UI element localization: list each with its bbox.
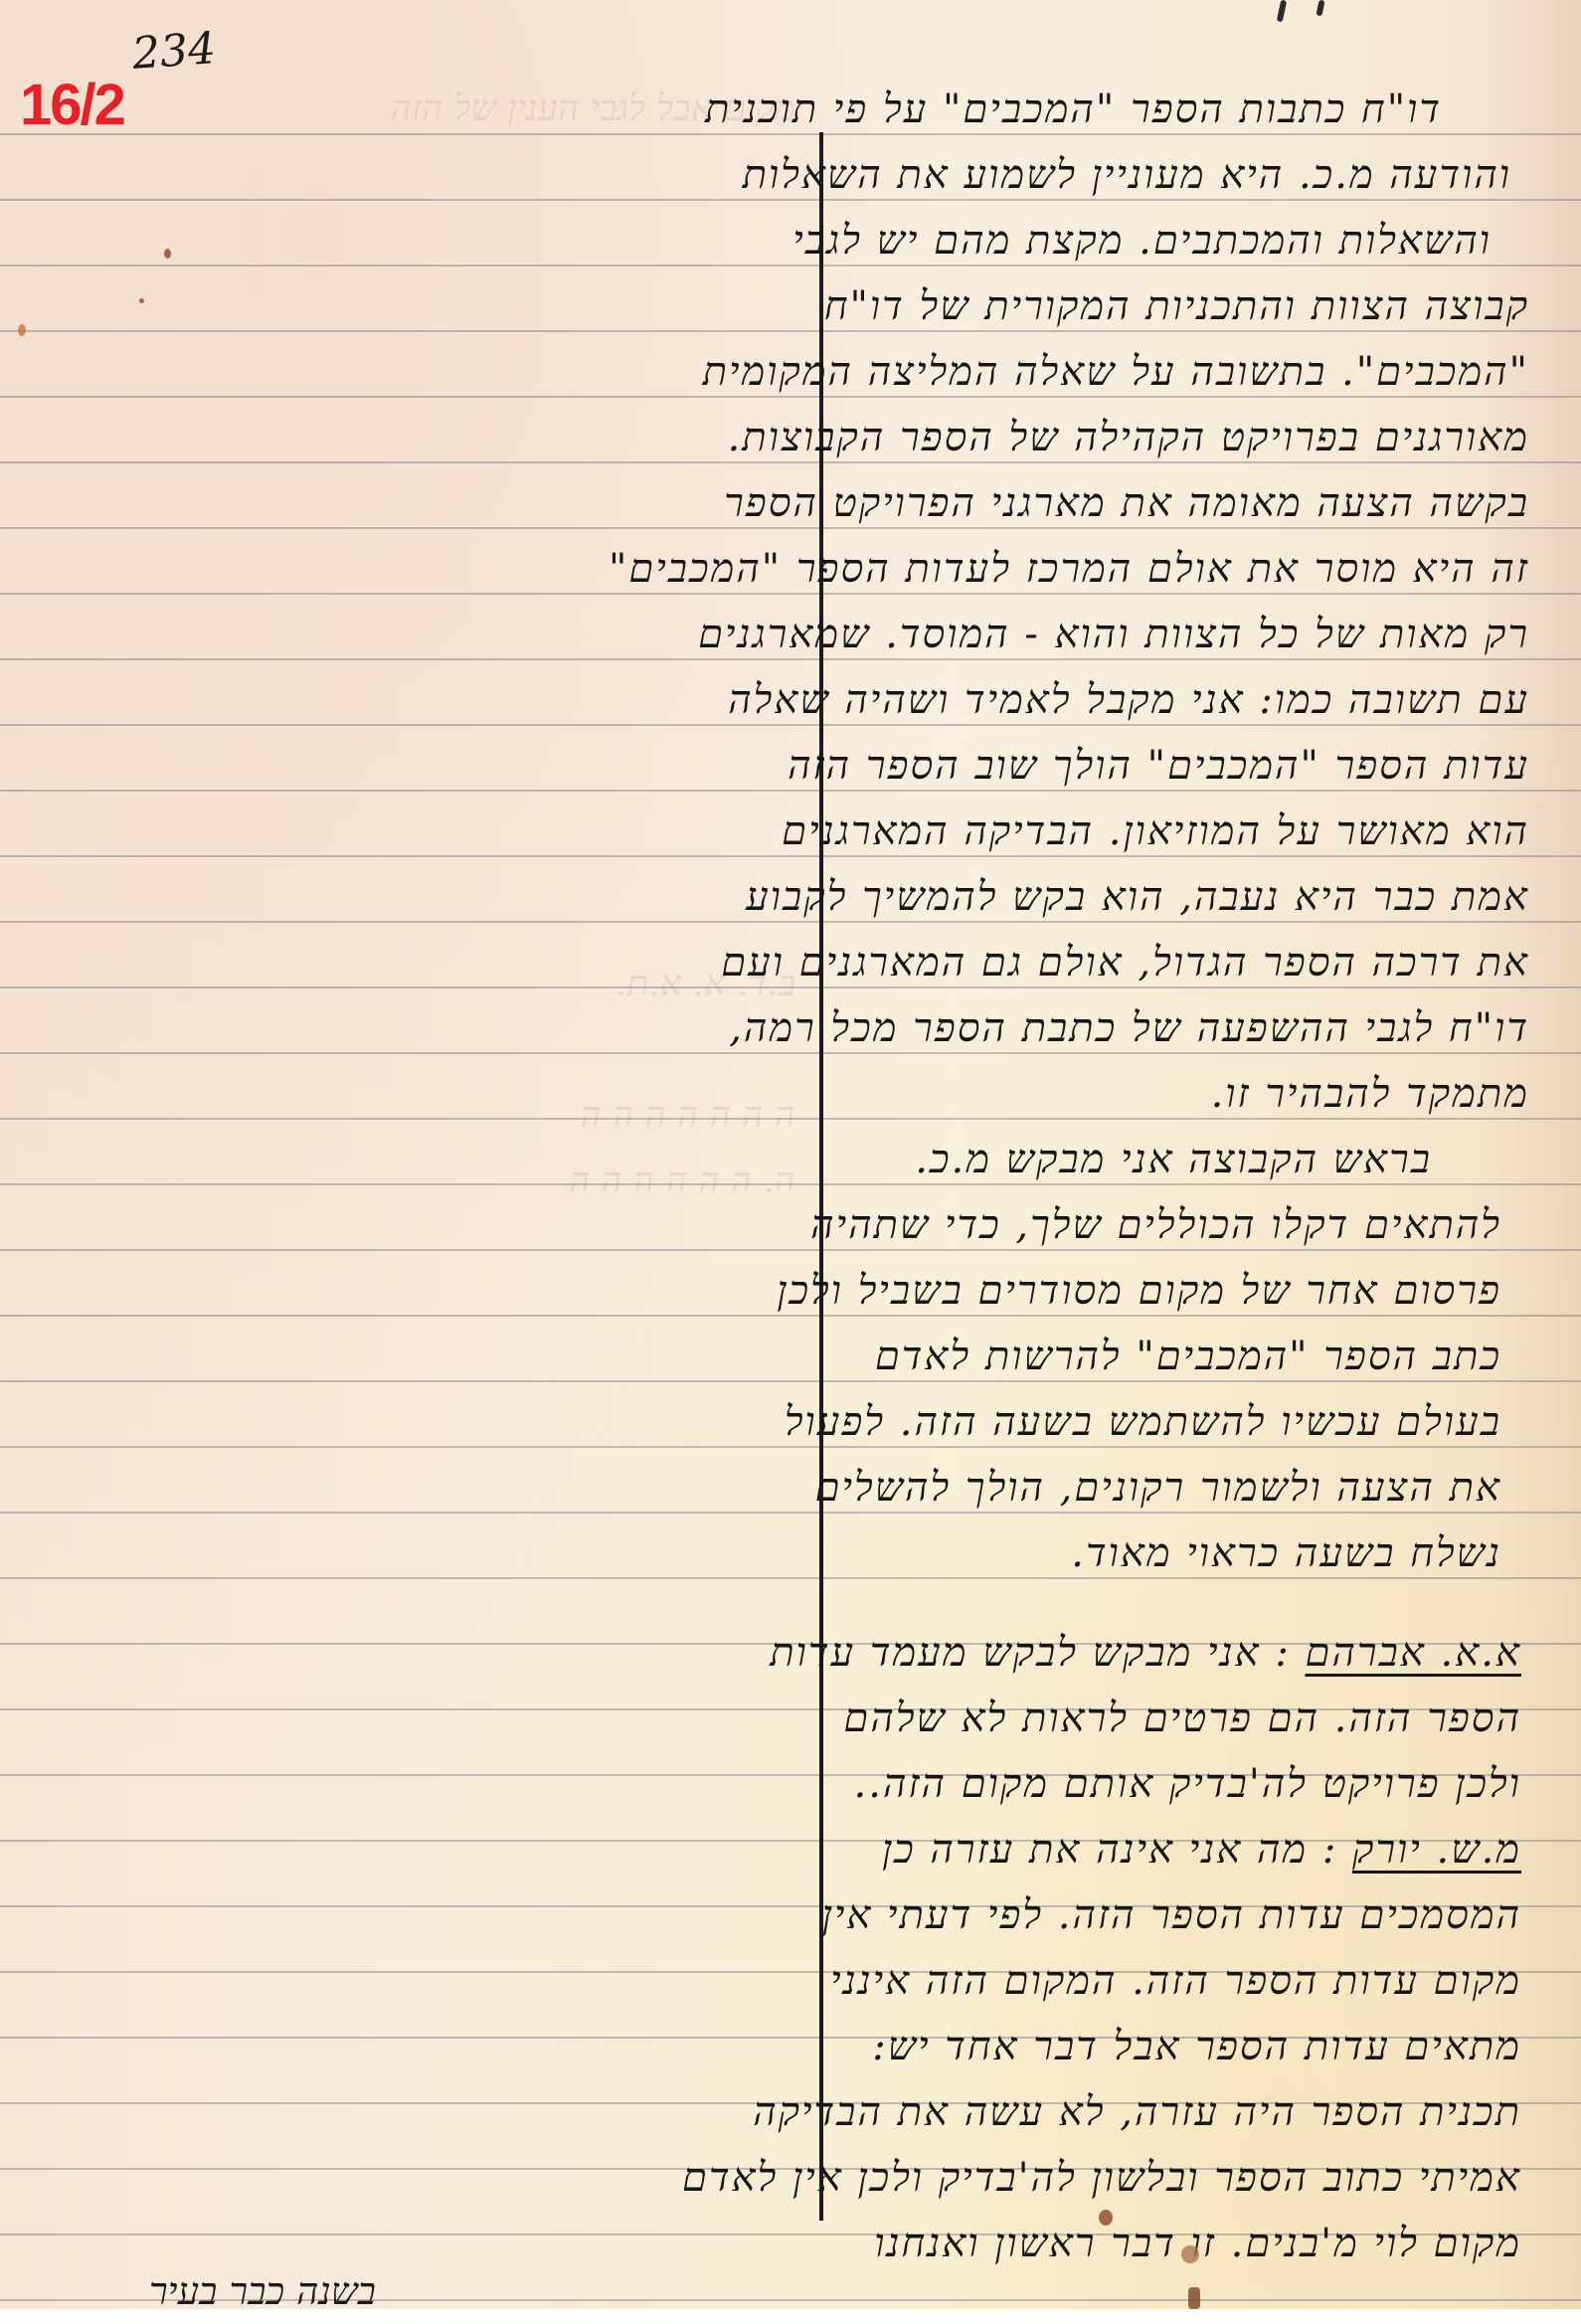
speaker-statement: : אני מבקש לבקש מעמד עדות: [770, 1630, 1291, 1676]
handwritten-line: עם תשובה כמו: אני מקבל לאמיד ושהיה שאלה: [728, 670, 1529, 730]
handwritten-line: תכנית הספר היה עזרה, לא עשה את הבדיקה: [753, 2082, 1521, 2142]
speaker-line: מ.ש. יורק : מה אני אינה את עזרה כן: [882, 1820, 1521, 1879]
ink-stain: [1188, 2287, 1200, 2309]
ink-stain: [139, 298, 144, 303]
handwritten-line: נשלח בשעה כראוי מאוד.: [1071, 1523, 1501, 1583]
ink-stain: [1181, 2245, 1199, 2263]
handwritten-line: הספר הזה. הם פרטים לראות לא שלהם: [843, 1689, 1521, 1748]
handwritten-line: דו"ח לגבי ההשפעה של כתבת הספר מכל רמה,: [729, 998, 1529, 1058]
handwritten-line: אמיתי כתוב הספר ובלשון לה'בדיק ולכן אין …: [682, 2148, 1521, 2208]
bleed-through-text: ה. ה ה ה ה ה ה: [20, 1160, 795, 1209]
handwritten-line: מאורגנים בפרויקט הקהילה של הספר הקבוצות.: [728, 408, 1529, 467]
ink-stain: [164, 249, 171, 259]
scanned-page: 16/2 234 מקום אבל לגבי הענין של הזה ב.ד.…: [0, 0, 1581, 2309]
page-number: 234: [130, 23, 217, 80]
footer-note: בשנה כבר בעיר: [149, 2269, 376, 2309]
handwritten-line: דו"ח כתבות הספר "המכבים" על פי תוכנית: [705, 80, 1442, 139]
handwritten-line: כתב הספר "המכבים" להרשות לאדם: [875, 1327, 1501, 1386]
speaker-statement: : מה אני אינה את עזרה כן: [882, 1827, 1337, 1873]
bleed-through-text: מקום אבל לגבי הענין של הזה: [20, 88, 795, 137]
speaker-line: א.א. אברהם : אני מבקש לבקש מעמד עדות: [770, 1623, 1521, 1683]
handwritten-line: רק מאות של כל הצוות והוא - המוסד. שמארגנ…: [698, 605, 1529, 664]
handwritten-line: מתאים עדות הספר אבל דבר אחד יש:: [872, 2017, 1521, 2076]
bleed-through-text: ה ה ה ה ה ה ה: [20, 1094, 795, 1144]
handwritten-line: הוא מאושר על המוזיאון. הבדיקה המארגנים: [782, 802, 1529, 861]
handwritten-line: אמת כבר היא נעבה, הוא בקש להמשיך לקבוע: [746, 867, 1529, 927]
bleed-through-text: ב.ד. א. א.ת.: [20, 963, 795, 1012]
handwritten-line: פרסום אחר של מקום מסודרים בשביל ולכן: [777, 1261, 1501, 1321]
handwritten-line: עדות הספר "המכבים" הולך שוב הספר הזה: [788, 736, 1529, 796]
scan-border: [0, 2309, 1581, 2324]
handwritten-line: והודעה מ.כ. היא מעוניין לשמוע את השאלות: [743, 145, 1511, 205]
handwritten-line: המסמכים עדות הספר הזה. לפי דעתי אין: [822, 1885, 1521, 1945]
handwritten-line: מקום לוי מ'בנים. זו דבר ראשון ואנחנו: [874, 2214, 1521, 2273]
handwritten-line: בקשה הצעה מאומה את מארגני הפרויקט הספר: [724, 473, 1529, 533]
handwritten-line: להתאים דקלו הכוללים שלך, כדי שתהיה: [810, 1195, 1501, 1255]
handwritten-line: את הצעה ולשמור רקונים, הולך להשלים: [815, 1458, 1501, 1518]
speaker-name: מ.ש. יורק: [1352, 1827, 1521, 1873]
handwritten-line: זה היא מוסר את אולם המרכז לעדות הספר "המ…: [609, 539, 1529, 599]
handwritten-line: מתמקד להבהיר זו.: [1211, 1064, 1529, 1124]
ink-stain: [18, 324, 26, 336]
handwritten-line: ולכן פרויקט לה'בדיק אותם מקום הזה..: [854, 1754, 1521, 1814]
handwritten-line: בעולם עכשיו להשתמש בשעה הזה. לפעול: [785, 1392, 1501, 1452]
ink-stain: [1099, 2210, 1113, 2226]
handwritten-line: את דרכה הספר הגדול, אולם גם המארגנים ועם: [721, 933, 1529, 992]
handwritten-line: קבוצה הצוות והתכניות המקורית של דו"ח: [824, 276, 1529, 336]
handwritten-line: בראש הקבוצה אני מבקש מ.כ.: [915, 1130, 1432, 1189]
cut-off-ink-mark: [1316, 0, 1324, 16]
speaker-name: א.א. אברהם: [1306, 1630, 1521, 1676]
handwritten-line: "המכבים". בתשובה על שאלה המליצה המקומית: [703, 342, 1529, 402]
handwritten-line: מקום עדות הספר הזה. המקום הזה אינני: [830, 1951, 1521, 2011]
handwritten-line: והשאלות והמכתבים. מקצת מהם יש לגבי: [792, 211, 1492, 270]
cut-off-ink-mark: [1277, 0, 1287, 22]
